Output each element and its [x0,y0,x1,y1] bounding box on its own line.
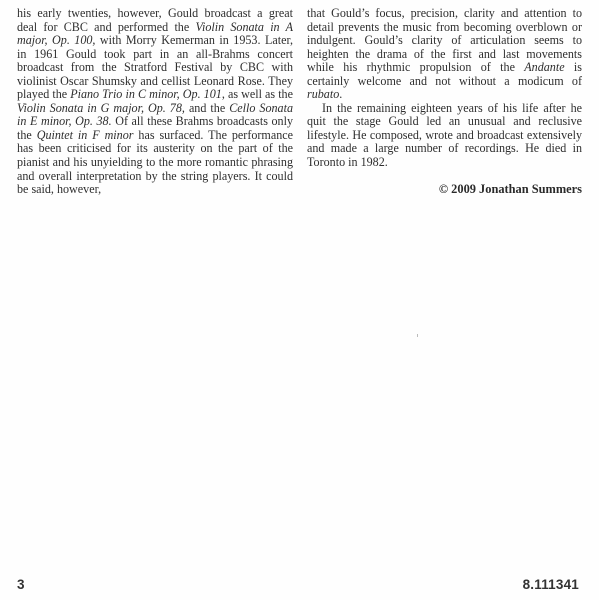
copyright-notice: © 2009 Jonathan Summers [307,183,582,197]
body-paragraph: In the remaining eighteen years of his l… [307,102,582,170]
text-run: and the [185,101,229,115]
work-title: Quintet in F minor [37,128,134,142]
page-number: 3 [17,577,25,592]
text-run: , as well as the [222,87,293,101]
text-run: . [339,87,342,101]
booklet-page: his early twenties, however, Gould broad… [0,0,599,600]
left-text-column: his early twenties, however, Gould broad… [17,7,293,197]
scan-speck [417,334,418,337]
catalog-number: 8.111341 [523,577,579,592]
work-title: Violin Sonata in G major, Op. 78, [17,101,185,115]
musical-term: rubato [307,87,339,101]
movement-title: Andante [524,60,564,74]
work-title: Piano Trio in C minor, Op. 101 [70,87,222,101]
body-paragraph: his early twenties, however, Gould broad… [17,7,293,197]
body-paragraph: that Gould’s focus, precision, clarity a… [307,7,582,102]
right-text-column: that Gould’s focus, precision, clarity a… [307,7,582,196]
